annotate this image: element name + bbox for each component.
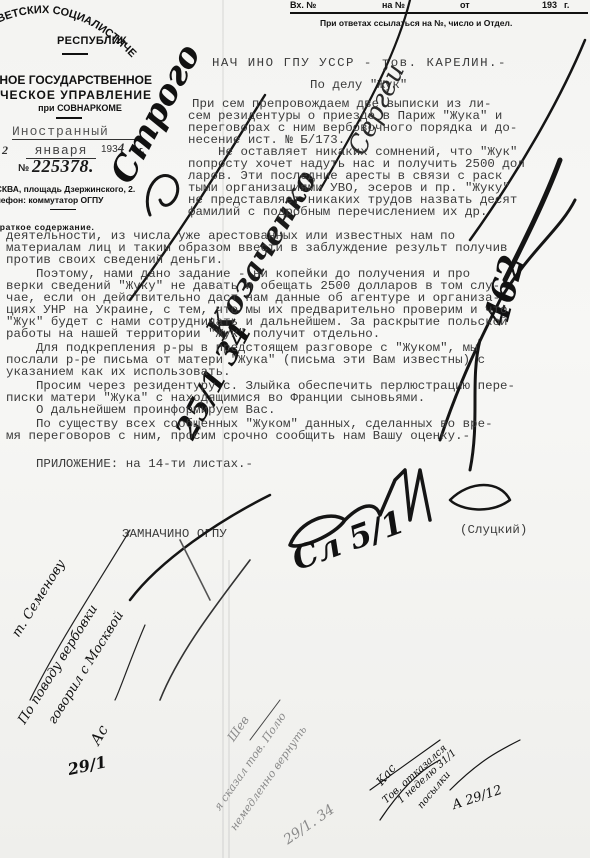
body-line: работы на нашей территории "Жук" получит…: [6, 328, 380, 340]
year-label: 193: [542, 0, 557, 10]
phone-line: Телефон: коммутатор ОГПУ: [0, 195, 145, 206]
left-note-date: 29/1: [66, 752, 108, 779]
body-line: мя переговоров с ним, просим срочно сооб…: [6, 430, 470, 442]
letterhead-address: МОСКВА, площадь Дзержинского, 2. Телефон…: [0, 184, 145, 206]
letterhead-org-line3: при СОВНАРКОМЕ: [20, 103, 140, 113]
body-line: фамилий с подробным перечислением их др.: [188, 206, 487, 218]
number-prefix: №: [18, 163, 29, 174]
letterhead-org-line1: ОБЪЕДИНЕННОЕ ГОСУДАРСТВЕННОЕ: [0, 73, 152, 87]
number-value: 225378.: [32, 156, 94, 177]
middle-note-date: 29/1. 34: [281, 802, 338, 848]
body-line: ПРИЛОЖЕНИЕ: на 14-ти листах.-: [6, 458, 253, 470]
divider: [62, 53, 88, 55]
body-line: против своих сведений деньги.: [6, 254, 223, 266]
left-note-line1: т. Семенову: [9, 557, 68, 640]
department-field: Иностранный: [12, 124, 137, 140]
from-label: от: [460, 0, 470, 10]
address-line: МОСКВА, площадь Дзержинского, 2.: [0, 184, 145, 195]
svg-text:СОВЕТСКИХ СОЦИАЛИСТИЧЕСКИХ: СОВЕТСКИХ СОЦИАЛИСТИЧЕСКИХ: [0, 0, 138, 60]
signature-title: ЗАМНАЧИНО ОГПУ: [122, 528, 227, 540]
right-note-date: А 29/12: [450, 783, 504, 813]
document-number: № 225378.: [18, 158, 113, 178]
year-g: г.: [564, 0, 569, 10]
registration-line: Вх. № на № от 193 г.: [290, 0, 588, 14]
letterhead-arc-text: СОВЕТСКИХ СОЦИАЛИСТИЧЕСКИХ: [0, 0, 169, 32]
on-no-label: на №: [382, 0, 405, 10]
letterhead-republic: РЕСПУБЛИК: [22, 35, 162, 47]
letterhead-org-line2: ПОЛИТИЧЕСКОЕ УПРАВЛЕНИЕ: [0, 88, 152, 102]
left-note-signature: Ас: [86, 722, 111, 748]
divider: [56, 117, 82, 119]
incoming-label: Вх. №: [290, 0, 316, 10]
arc-text-path: СОВЕТСКИХ СОЦИАЛИСТИЧЕСКИХ: [0, 0, 138, 60]
paper-fold: [228, 560, 230, 858]
reply-note: При ответах ссылаться на №, число и Отде…: [320, 18, 512, 28]
signature-name: (Слуцкий): [460, 524, 527, 536]
scanned-document: СОВЕТСКИХ СОЦИАЛИСТИЧЕСКИХ РЕСПУБЛИК ОБЪ…: [0, 0, 590, 858]
big-signature: Сл 5/1: [287, 503, 409, 578]
date-day: 2: [2, 143, 8, 158]
addressee: НАЧ ИНО ГПУ УССР - тов. КАРЕЛИН.-: [212, 57, 507, 69]
body-line: О дальнейшем проинформируем Вас.: [6, 404, 275, 416]
body-line: указанием как их использовать.: [6, 366, 231, 378]
divider: [50, 209, 76, 210]
